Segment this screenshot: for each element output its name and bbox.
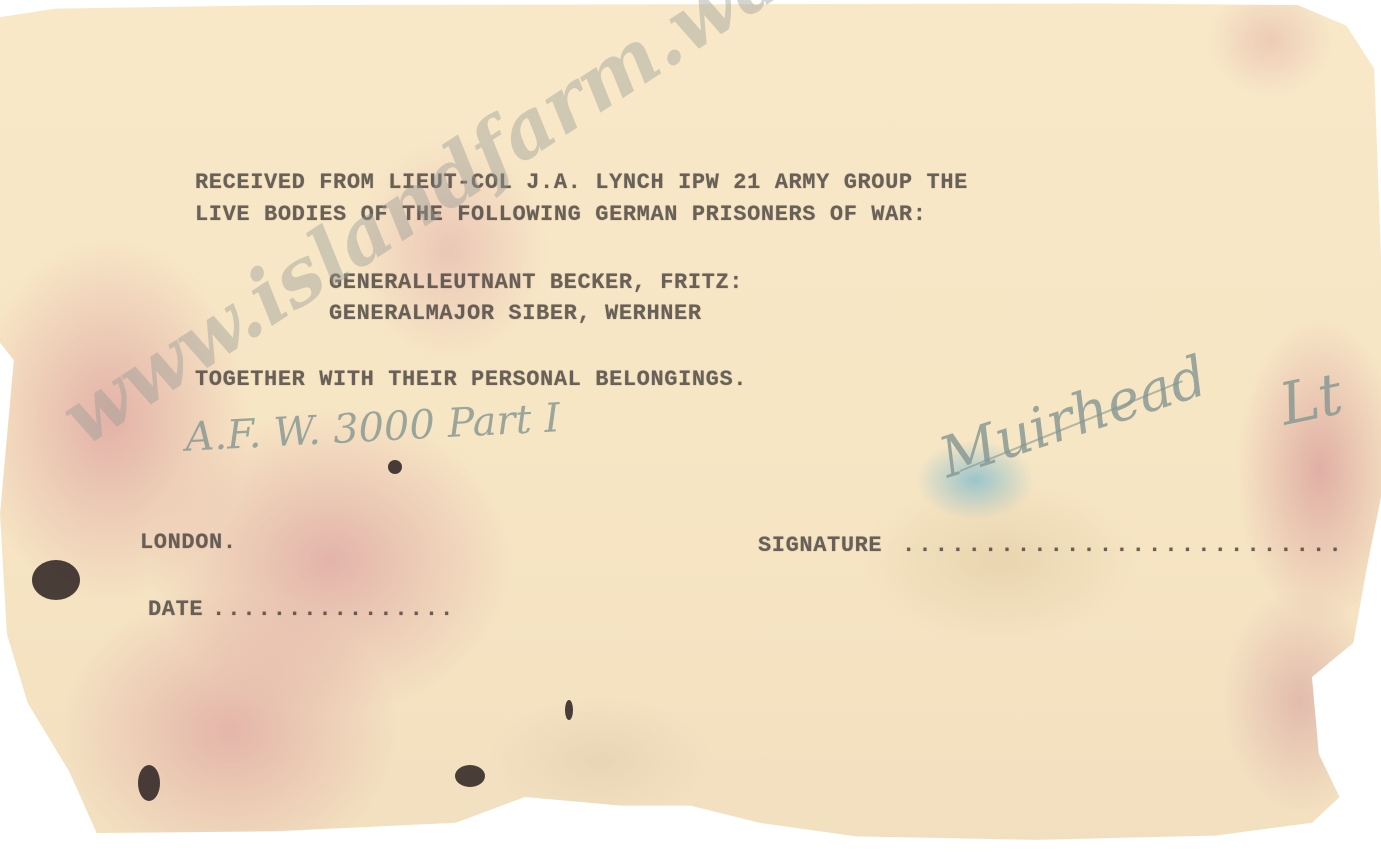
signature-field: ........................... xyxy=(902,533,1345,558)
date-field: ................ xyxy=(212,597,455,622)
prisoner-2: GENERALMAJOR SIBER, WERHNER xyxy=(329,301,702,326)
place-label: LONDON. xyxy=(140,530,237,555)
burn-hole xyxy=(455,765,485,787)
ink-speck xyxy=(388,460,402,474)
receipt-line-3: TOGETHER WITH THEIR PERSONAL BELONGINGS. xyxy=(195,367,747,392)
receipt-line-1: RECEIVED FROM LIEUT-COL J.A. LYNCH IPW 2… xyxy=(195,170,968,195)
prisoner-1: GENERALLEUTNANT BECKER, FRITZ: xyxy=(329,270,743,295)
ink-speck xyxy=(565,700,573,720)
date-label: DATE xyxy=(148,597,203,622)
burn-hole xyxy=(32,560,80,600)
burn-hole xyxy=(138,765,160,801)
signature-label: SIGNATURE xyxy=(758,533,882,558)
